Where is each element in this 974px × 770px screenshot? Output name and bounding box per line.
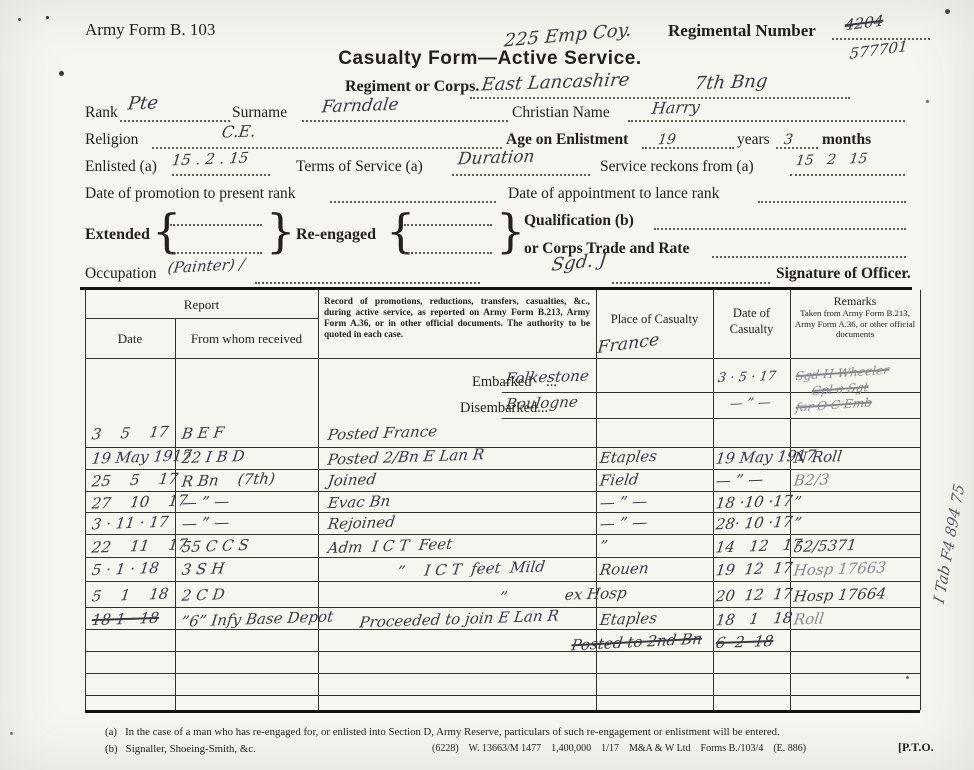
cell-report-date: 18·1 · 18 xyxy=(91,609,160,629)
regiment-label: Regiment or Corps. xyxy=(345,78,479,96)
form-title: Casualty Form—Active Service. xyxy=(300,48,680,70)
terms-of-service-label: Terms of Service (a) xyxy=(296,158,423,176)
cell-from-whom: — ” — xyxy=(181,513,231,533)
header-line xyxy=(85,358,920,359)
cell-from-whom: 22 I B D xyxy=(181,447,246,467)
cell-casualty-date: 18 1 18 xyxy=(715,609,794,630)
cell-casualty-date: 19 12 17 xyxy=(715,559,794,580)
service-reckons-label: Service reckons from (a) xyxy=(600,158,754,176)
cell-casualty-date: — ” — xyxy=(715,470,765,490)
regimental-number-label: Regimental Number xyxy=(668,21,816,41)
row-line xyxy=(85,469,920,470)
cell-record: Joined xyxy=(327,470,377,490)
unit-note-handwriting: 225 Emp Coy. xyxy=(503,20,632,52)
cell-place: — ” — xyxy=(599,492,649,512)
years-label: years xyxy=(737,131,770,149)
margin-reference-handwriting: I Tab F4 894 75 xyxy=(930,482,968,606)
embarked-place-value: Folkestone xyxy=(505,367,590,388)
enlisted-label: Enlisted (a) xyxy=(85,158,157,176)
dotted-leader xyxy=(255,280,480,284)
cell-report-date: 22 11 17 xyxy=(91,535,189,556)
row-line xyxy=(85,491,920,492)
date-column-header: Date xyxy=(85,331,175,347)
date-of-casualty-header: Date of Casualty xyxy=(713,306,790,337)
cell-casualty-date: 20 12 17 xyxy=(715,585,794,606)
dotted-leader xyxy=(452,172,590,176)
regimental-number-new: 577701 xyxy=(849,37,909,63)
occupation-value: (Painter) / xyxy=(167,255,246,277)
from-whom-column-header: From whom received xyxy=(175,331,318,347)
cell-casualty-date: 18 ·10 ·17 xyxy=(715,492,794,513)
country-handwriting: France xyxy=(597,330,660,358)
embarked-date-value: 3 · 5 · 17 xyxy=(717,369,777,386)
cell-report-date: 27 10 17 xyxy=(91,491,189,512)
column-line xyxy=(318,290,319,710)
cell-record: ” ex Hosp xyxy=(499,584,628,606)
disembarked-place-value: Boulogne xyxy=(505,393,579,413)
christian-name-label: Christian Name xyxy=(512,104,610,122)
cell-report-date: 3 · 11 · 17 xyxy=(91,513,170,534)
cell-from-whom: R Bn (7th) xyxy=(181,469,276,490)
dotted-leader xyxy=(776,145,818,149)
cell-remarks: Roll xyxy=(793,609,825,628)
embark-remark-struck: Sgd H Wheeler xyxy=(795,363,890,383)
months-label: months xyxy=(822,131,871,149)
table-border xyxy=(920,290,921,710)
dotted-leader xyxy=(712,254,906,258)
row-line xyxy=(85,581,920,582)
row-line xyxy=(85,557,920,558)
enlisted-date-value: 15 . 2 . 15 xyxy=(171,149,250,170)
scanned-casualty-form: Army Form B. 103 225 Emp Coy. Regimental… xyxy=(0,0,974,770)
remarks-subheader: Taken from Army Form B.213, Army Form A.… xyxy=(794,308,916,340)
row-line xyxy=(85,512,920,513)
cell-report-date: 5 · 1 · 18 xyxy=(91,559,160,579)
left-brace: { xyxy=(152,208,181,254)
dotted-leader xyxy=(612,280,770,284)
cell-place: ” xyxy=(599,537,609,555)
signature-of-officer-label: Signature of Officer. xyxy=(776,265,911,283)
dotted-leader xyxy=(152,145,502,149)
cell-record: Proceeded to join E Lan R xyxy=(358,607,560,632)
occupation-label: Occupation xyxy=(85,265,156,283)
cell-remarks: ” xyxy=(793,493,803,511)
christian-name-value: Harry xyxy=(651,97,701,118)
footnote-a: (a) In the case of a man who has re-enga… xyxy=(105,726,780,738)
cell-record: Rejoined xyxy=(327,513,396,533)
report-header: Report xyxy=(85,297,318,313)
cell-remarks: N Roll xyxy=(793,447,843,467)
cell-from-whom: 55 C C S xyxy=(181,536,250,556)
dotted-leader xyxy=(170,222,262,226)
row-line xyxy=(85,695,920,696)
dotted-leader xyxy=(628,118,905,122)
lance-rank-date-label: Date of appointment to lance rank xyxy=(508,185,719,203)
disembarked-date-value: — ” — xyxy=(729,395,772,411)
dotted-leader xyxy=(172,172,270,176)
print-code: (6228) W. 13663/M 1477 1,400,000 1/17 M&… xyxy=(432,743,806,754)
regimental-number-old: 4204 xyxy=(844,12,884,35)
form-number: Army Form B. 103 xyxy=(85,20,215,40)
cell-remarks: B2/3 xyxy=(793,470,831,489)
scan-noise xyxy=(46,16,49,19)
officer-initials-handwriting: Sgd. J xyxy=(550,249,607,276)
cell-report-date: 5 1 18 xyxy=(91,585,170,606)
remarks-header: Remarks xyxy=(790,294,920,309)
battalion-handwriting: 7th Bng xyxy=(694,71,769,95)
row-line xyxy=(85,673,920,674)
footnote-b: (b) Signaller, Shoeing-Smith, &c. xyxy=(105,743,256,755)
dotted-leader xyxy=(330,199,496,203)
header-line xyxy=(85,318,318,319)
record-column-header: Record of promotions, reductions, transf… xyxy=(324,297,590,342)
rank-value: Pte xyxy=(127,92,160,114)
re-engaged-label: Re-engaged xyxy=(296,226,376,244)
dotted-leader xyxy=(832,36,930,40)
right-brace: } xyxy=(266,208,295,254)
dotted-leader xyxy=(758,199,906,203)
row-line xyxy=(85,651,920,652)
cell-remarks: Hosp 17663 xyxy=(793,558,888,579)
dotted-leader xyxy=(404,250,492,254)
surname-value: Farndale xyxy=(321,95,400,118)
cell-record: Posted 2/Bn E Lan R xyxy=(327,445,486,468)
cell-from-whom: 3 S H xyxy=(181,559,226,578)
cell-report-date: 25 5 17 xyxy=(91,470,180,491)
section-rule xyxy=(80,287,912,290)
dotted-leader xyxy=(404,222,492,226)
cell-from-whom: ”6” Infy Base Depot xyxy=(181,607,335,630)
regiment-handwriting: East Lancashire xyxy=(480,69,630,95)
cell-from-whom: B E F xyxy=(181,423,225,442)
dotted-leader xyxy=(302,118,508,122)
promotion-date-label: Date of promotion to present rank xyxy=(85,185,295,203)
column-line xyxy=(713,290,714,710)
rank-label: Rank xyxy=(85,104,118,122)
dotted-leader xyxy=(790,172,905,176)
cell-record: Posted France xyxy=(327,422,439,444)
cell-place: Rouen xyxy=(599,559,650,579)
row-line xyxy=(502,418,920,419)
surname-label: Surname xyxy=(232,104,287,122)
cell-report-date: 3 5 17 xyxy=(91,423,170,444)
cell-record: Adm I C T Feet xyxy=(327,535,454,557)
pto-label: [P.T.O. xyxy=(898,740,934,755)
dotted-leader xyxy=(170,250,262,254)
dotted-leader xyxy=(120,118,230,122)
dotted-leader xyxy=(654,226,906,230)
cell-casualty-date: 28· 10 ·17 xyxy=(715,513,794,534)
cell-casualty-date: 6 2 18 xyxy=(715,632,775,652)
cell-place: Etaples xyxy=(599,447,658,467)
cell-place: Etaples xyxy=(599,609,658,629)
extended-label: Extended xyxy=(85,226,150,244)
dotted-leader xyxy=(642,145,734,149)
cell-record: ” I C T feet Mild xyxy=(397,557,547,580)
terms-of-service-value: Duration xyxy=(457,147,536,170)
section-rule xyxy=(85,710,920,713)
cell-casualty-date: 14 12 17 xyxy=(715,536,804,557)
cell-place: Field xyxy=(599,470,640,489)
religion-value: C.E. xyxy=(221,121,257,141)
cell-remarks: ” xyxy=(793,514,803,532)
place-of-casualty-header: Place of Casualty xyxy=(596,312,713,327)
service-reckons-value: 15 2 15 xyxy=(795,151,869,169)
cell-place: — ” — xyxy=(599,513,649,533)
qualification-label: Qualification (b) xyxy=(524,212,634,230)
table-border xyxy=(85,290,86,710)
cell-remarks: Hosp 17664 xyxy=(793,584,888,605)
cell-record: Evac Bn xyxy=(327,492,392,512)
right-brace: } xyxy=(496,208,525,254)
embark-remark-struck: for O C Emb xyxy=(795,395,873,414)
cell-report-date: 19 May 1917 xyxy=(91,446,193,467)
cell-from-whom: — ” — xyxy=(181,492,231,512)
religion-label: Religion xyxy=(85,131,138,149)
left-brace: { xyxy=(386,208,415,254)
cell-from-whom: 2 C D xyxy=(181,585,226,604)
cell-remarks: 52/5371 xyxy=(793,536,858,556)
